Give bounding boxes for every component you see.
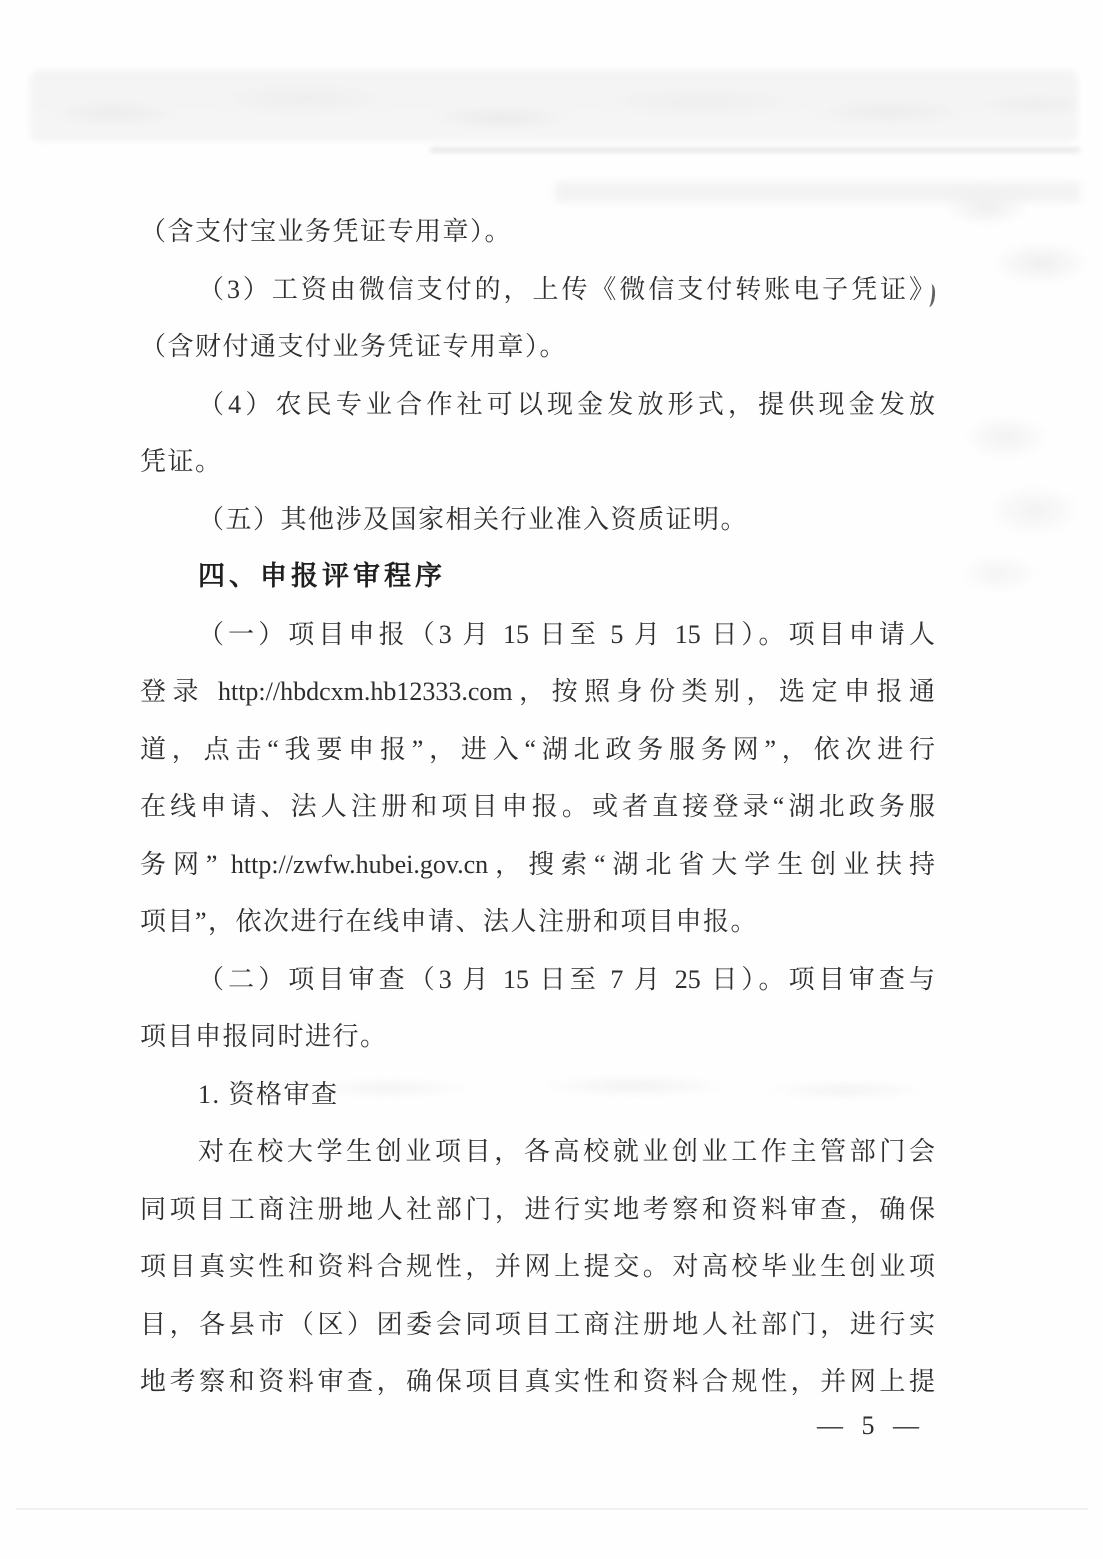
text-line: 在线申请、法人注册和项目申报。或者直接登录“湖北政务服	[140, 778, 935, 836]
scanned-document-page: （含支付宝业务凭证专用章）。 （3）工资由微信支付的，上传《微信支付转账电子凭证…	[0, 0, 1103, 1559]
document-text-block: （含支付宝业务凭证专用章）。 （3）工资由微信支付的，上传《微信支付转账电子凭证…	[140, 203, 935, 1411]
text-line: 地考察和资料审查，确保项目真实性和资料合规性，并网上提	[140, 1353, 935, 1411]
text-line: 项目真实性和资料合规性，并网上提交。对高校毕业生创业项	[140, 1238, 935, 1296]
text-line: （3）工资由微信支付的，上传《微信支付转账电子凭证》	[198, 261, 935, 319]
text-line: 登录 http://hbdcxm.hb12333.com，按照身份类别，选定申报…	[140, 663, 935, 721]
text-line: 同项目工商注册地人社部门，进行实地考察和资料审查，确保	[140, 1181, 935, 1239]
text-line: （含支付宝业务凭证专用章）。	[140, 203, 935, 261]
text-line: （二）项目审查（3 月 15 日至 7 月 25 日）。项目审查与	[198, 951, 935, 1009]
text-line: （一）项目申报（3 月 15 日至 5 月 15 日）。项目申请人	[198, 606, 935, 664]
text-line: 项目申报同时进行。	[140, 1008, 935, 1066]
text-line: 凭证。	[140, 433, 935, 491]
scan-streak	[430, 147, 1080, 153]
page-number: — 5 —	[817, 1406, 925, 1446]
text-line: 务网” http://zwfw.hubei.gov.cn，搜索“湖北省大学生创业…	[140, 836, 935, 894]
scan-smudge	[948, 395, 1093, 605]
text-line: （五）其他涉及国家相关行业准入资质证明。	[198, 491, 935, 549]
text-line: 目，各县市（区）团委会同项目工商注册地人社部门，进行实	[140, 1296, 935, 1354]
text-line: 道，点击“我要申报”，进入“湖北政务服务网”，依次进行	[140, 721, 935, 779]
section-heading: 四、申报评审程序	[198, 548, 935, 606]
text-line: 项目”，依次进行在线申请、法人注册和项目申报。	[140, 893, 935, 951]
list-item-number: 1. 资格审查	[198, 1066, 935, 1124]
scan-noise-band	[30, 70, 1078, 142]
text-line: （4）农民专业合作社可以现金发放形式，提供现金发放	[198, 376, 935, 434]
text-line: （含财付通支付业务凭证专用章）。	[140, 318, 935, 376]
scan-hairline	[16, 1508, 1088, 1510]
scan-smudge	[940, 172, 1095, 312]
text-line: 对在校大学生创业项目，各高校就业创业工作主管部门会	[198, 1123, 935, 1181]
